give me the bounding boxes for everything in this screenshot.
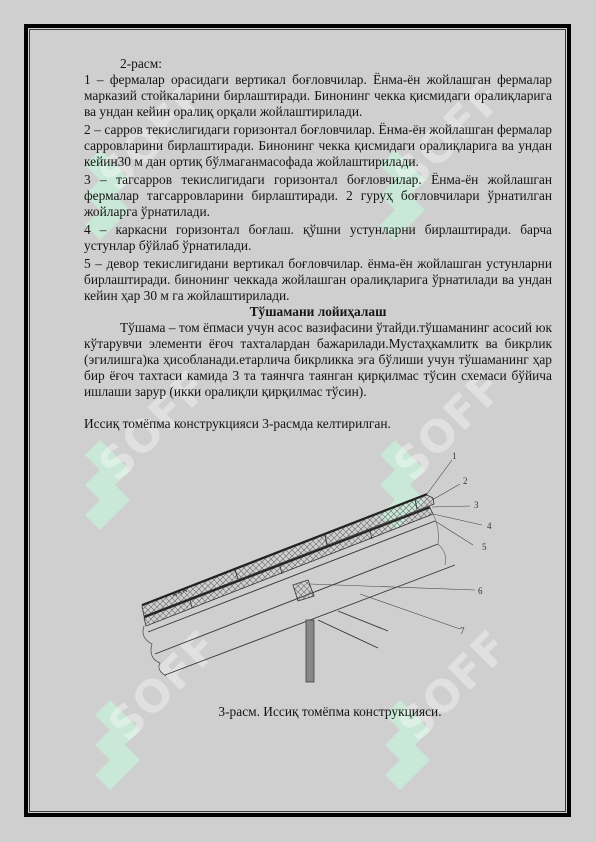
diagram-label: 3 [474,500,479,510]
document-body: 2-расм: 1 – фермалар орасидаги вертикал … [84,56,552,432]
diagram-label: 1 [452,451,457,461]
figure-caption: 3-расм. Иссиқ томёпма конструкцияси. [0,704,596,720]
diagram-label: 5 [482,542,487,552]
diagram-label: 7 [460,626,465,636]
diagram-label: 2 [463,476,468,486]
list-item: 4 – каркасни горизонтал боғлаш. қўшни ус… [84,222,552,254]
figure-caption-label: 2-расм: [84,56,552,72]
diagram-label: 4 [487,521,492,531]
diagram-label: 6 [478,586,483,596]
section-paragraph: Тўшама – том ёпмаси учун асос вазифасини… [84,320,552,400]
list-item: 3 – тагсарров текислигидаги горизонтал б… [84,172,552,220]
list-item: 5 – девор текислигидани вертикал боғловч… [84,256,552,304]
roof-construction-diagram: 1 2 3 4 5 6 7 [130,448,510,688]
section-title: Тўшамани лойиҳалаш [84,304,552,320]
intro-line: Иссиқ томёпма конструкцияси 3-расмда кел… [84,416,552,432]
list-item: 2 – сарров текислигидаги горизонтал боғл… [84,122,552,170]
list-item: 1 – фермалар орасидаги вертикал боғловчи… [84,72,552,120]
